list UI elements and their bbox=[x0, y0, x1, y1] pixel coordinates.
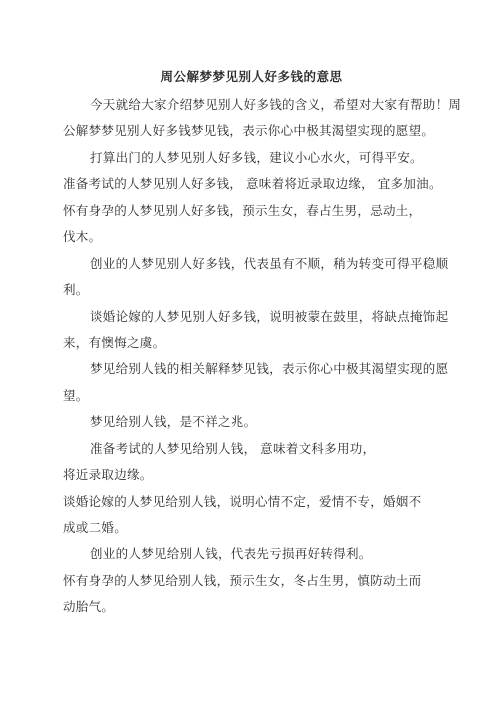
text-line: 创业的人梦见别人好多钱，代表虽有不顺，稍为转变可得平稳顺 bbox=[63, 251, 440, 277]
text-line: 望。 bbox=[63, 383, 440, 409]
text-line: 利。 bbox=[63, 277, 440, 303]
text-line: 谈婚论嫁的人梦见给别人钱，说明心情不定，爱情不专，婚姻不 bbox=[63, 489, 440, 515]
text-line: 今天就给大家介绍梦见别人好多钱的含义，希望对大家有帮助！周 bbox=[63, 92, 440, 118]
document-body: 今天就给大家介绍梦见别人好多钱的含义，希望对大家有帮助！周公解梦梦见别人好多钱梦… bbox=[63, 92, 440, 621]
text-line: 谈婚论嫁的人梦见别人好多钱，说明被蒙在鼓里，将缺点掩饰起 bbox=[63, 304, 440, 330]
text-line: 将近录取边缘。 bbox=[63, 462, 440, 488]
text-line: 成或二婚。 bbox=[63, 515, 440, 541]
document-content: 周公解梦梦见别人好多钱的意思 今天就给大家介绍梦见别人好多钱的含义，希望对大家有… bbox=[63, 64, 440, 621]
text-line: 梦见给别人钱的相关解释梦见钱，表示你心中极其渴望实现的愿 bbox=[63, 356, 440, 382]
text-line: 创业的人梦见给别人钱，代表先亏损再好转得利。 bbox=[63, 541, 440, 567]
text-line: 公解梦梦见别人好多钱梦见钱，表示你心中极其渴望实现的愿望。 bbox=[63, 118, 440, 144]
text-line: 伐木。 bbox=[63, 224, 440, 250]
text-line: 打算出门的人梦见别人好多钱，建议小心水火，可得平安。 bbox=[63, 145, 440, 171]
text-line: 动胎气。 bbox=[63, 594, 440, 620]
text-line: 梦见给别人钱，是不祥之兆。 bbox=[63, 409, 440, 435]
document-title: 周公解梦梦见别人好多钱的意思 bbox=[63, 64, 440, 90]
document-page: 周公解梦梦见别人好多钱的意思 今天就给大家介绍梦见别人好多钱的含义，希望对大家有… bbox=[0, 0, 500, 708]
text-line: 准备考试的人梦见别人好多钱， 意味着将近录取边缘， 宜多加油。 bbox=[63, 171, 440, 197]
text-line: 准备考试的人梦见给别人钱， 意味着文科多用功， bbox=[63, 436, 440, 462]
text-line: 怀有身孕的人梦见别人好多钱，预示生女，春占生男，忌动土， bbox=[63, 198, 440, 224]
text-line: 来，有懊悔之虞。 bbox=[63, 330, 440, 356]
text-line: 怀有身孕的人梦见给别人钱，预示生女，冬占生男，慎防动土而 bbox=[63, 568, 440, 594]
